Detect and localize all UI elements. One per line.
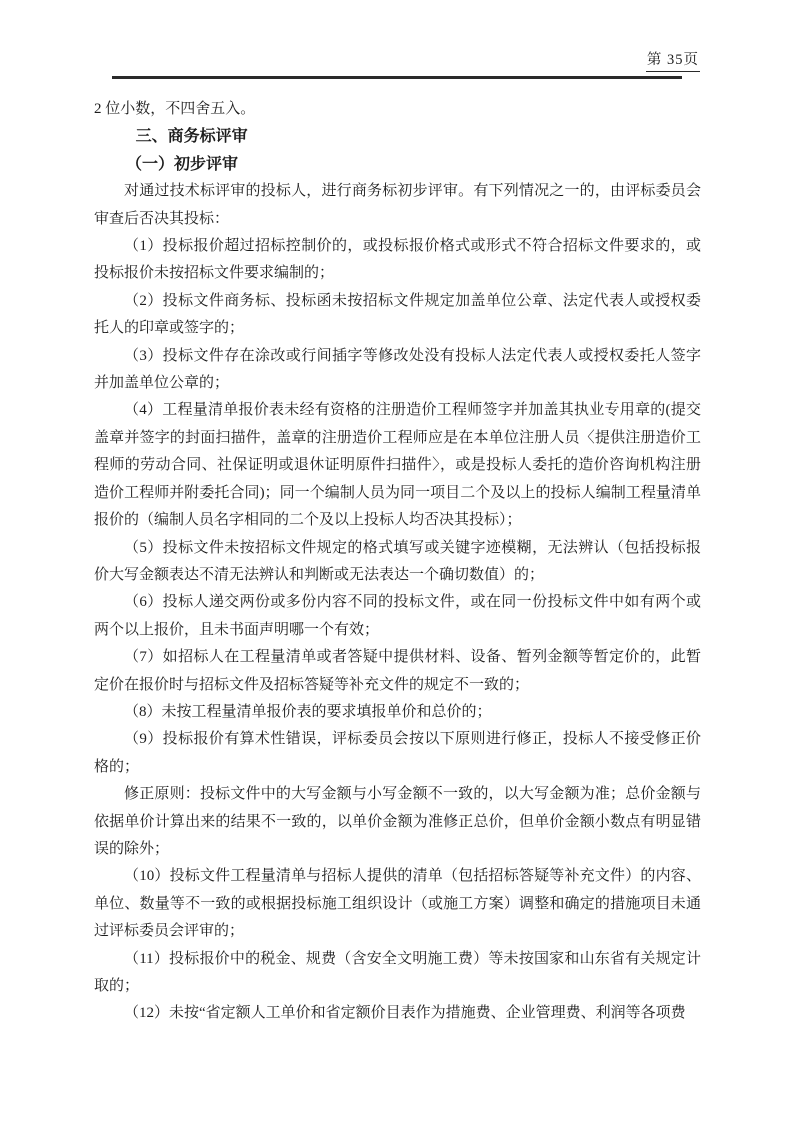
- para-intro: 对通过技术标评审的投标人，进行商务标初步评审。有下列情况之一的，由评标委员会审查…: [94, 178, 701, 233]
- para-item-1: （1）投标报价超过招标控制价的，或投标报价格式或形式不符合招标文件要求的，或投标…: [94, 233, 701, 288]
- page-header: 第 35页: [0, 0, 793, 80]
- para-item-6: （6）投标人递交两份或多份内容不同的投标文件，或在同一份投标文件中如有两个或两个…: [94, 589, 701, 644]
- para-correction-principle: 修正原则：投标文件中的大写金额与小写金额不一致的，以大写金额为准；总价金额与依据…: [94, 781, 701, 863]
- page-number-label: 第 35页: [646, 50, 700, 72]
- para-item-3: （3）投标文件存在涂改或行间插字等修改处没有投标人法定代表人或授权委托人签字并加…: [94, 343, 701, 398]
- heading-section-commercial-bid-evaluation: 三、商务标评审: [94, 123, 701, 150]
- para-item-4: （4）工程量清单报价表未经有资格的注册造价工程师签字并加盖其执业专用章的(提交盖…: [94, 397, 701, 534]
- para-item-9: （9）投标报价有算术性错误，评标委员会按以下原则进行修正，投标人不接受修正价格的…: [94, 726, 701, 781]
- para-item-7: （7）如招标人在工程量清单或者答疑中提供材料、设备、暂列金额等暂定价的，此暂定价…: [94, 644, 701, 699]
- para-item-5: （5）投标文件未按招标文件规定的格式填写或关键字迹模糊，无法辨认（包括投标报价大…: [94, 535, 701, 590]
- heading-subsection-preliminary-evaluation: （一）初步评审: [94, 151, 701, 178]
- para-item-8: （8）未按工程量清单报价表的要求填报单价和总价的；: [94, 699, 701, 726]
- para-item-12-truncated: （12）未按“省定额人工单价和省定额价目表作为措施费、企业管理费、利润等各项费: [94, 1000, 701, 1027]
- header-rule: [112, 76, 682, 79]
- para-item-2: （2）投标文件商务标、投标函未按招标文件规定加盖单位公章、法定代表人或授权委托人…: [94, 288, 701, 343]
- document-body: 2 位小数，不四舍五入。 三、商务标评审 （一）初步评审 对通过技术标评审的投标…: [94, 96, 701, 1028]
- para-item-11: （11）投标报价中的税金、规费（含安全文明施工费）等未按国家和山东省有关规定计取…: [94, 946, 701, 1001]
- para-continuation: 2 位小数，不四舍五入。: [94, 96, 701, 123]
- document-page: 第 35页 2 位小数，不四舍五入。 三、商务标评审 （一）初步评审 对通过技术…: [0, 0, 793, 1122]
- para-item-10: （10）投标文件工程量清单与招标人提供的清单（包括招标答疑等补充文件）的内容、单…: [94, 863, 701, 945]
